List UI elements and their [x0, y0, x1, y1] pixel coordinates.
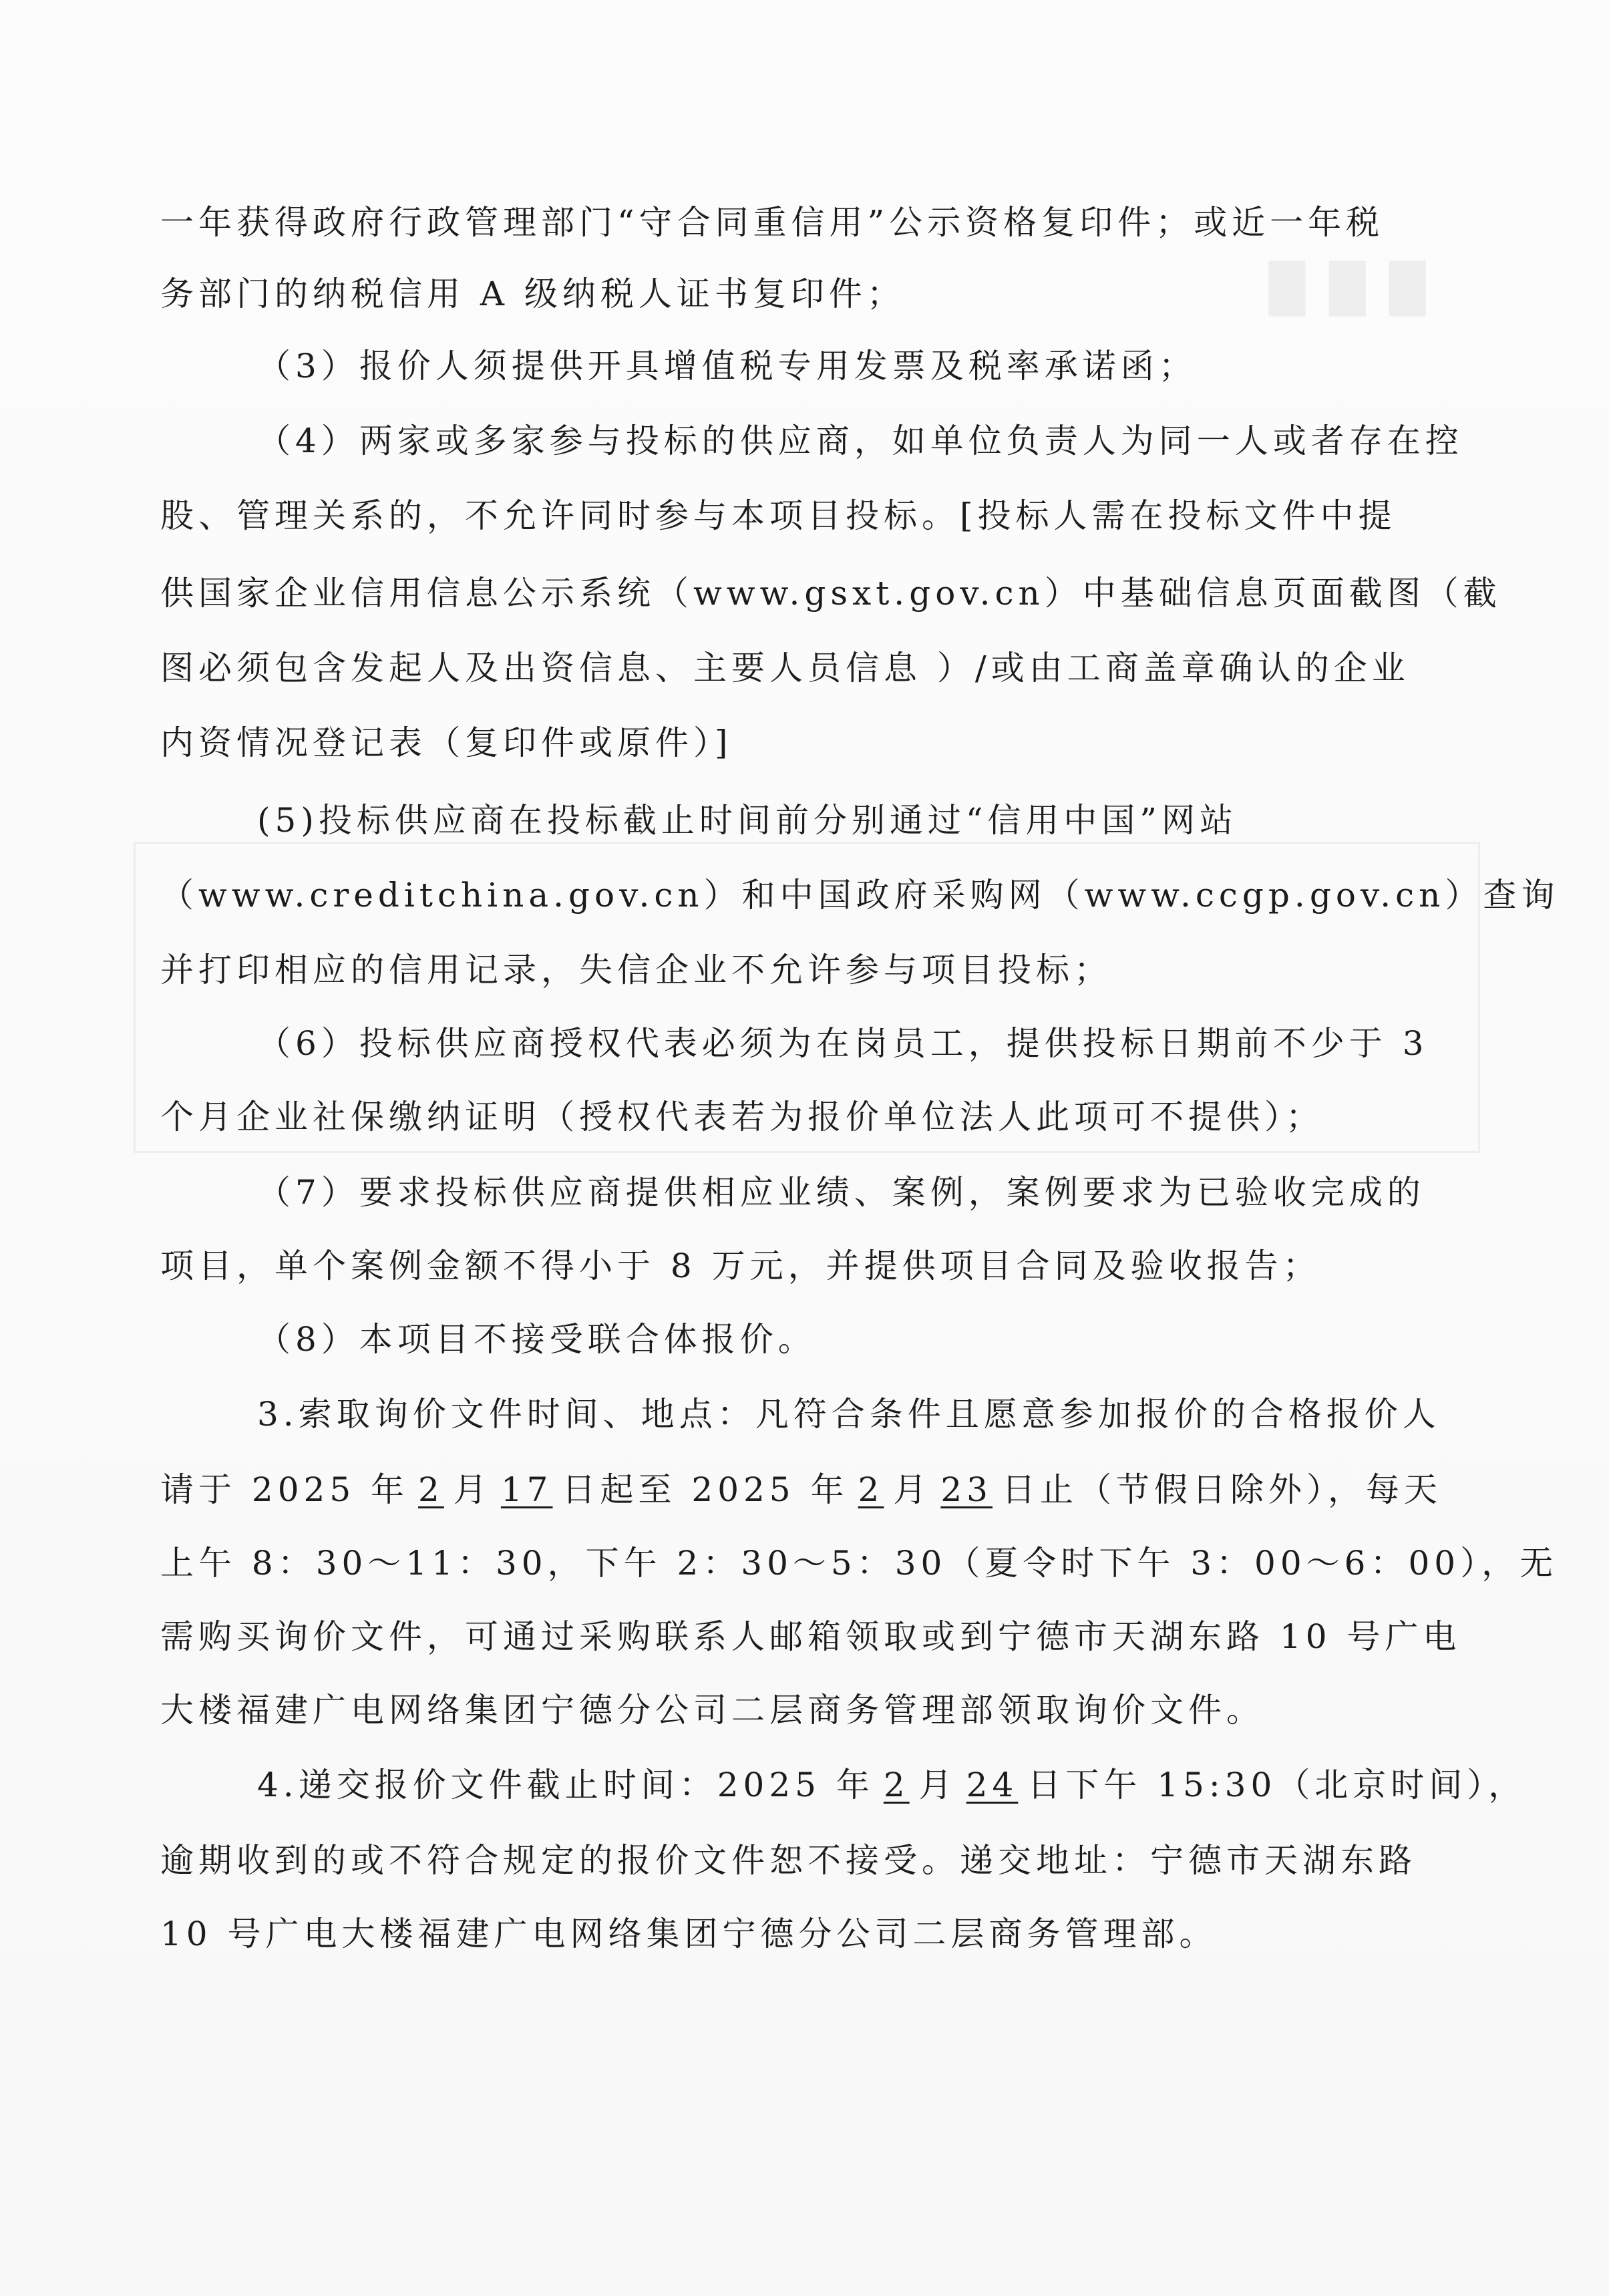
- text-line-9: (5)投标供应商在投标截止时间前分别通过“信用中国”网站: [257, 794, 1456, 847]
- text-line-15: 项目，单个案例金额不得小于 8 万元，并提供项目合同及验收报告；: [160, 1239, 1456, 1293]
- text-line-11: 并打印相应的信用记录，失信企业不允许参与项目投标；: [160, 943, 1456, 997]
- text-line-23: 逾期收到的或不符合规定的报价文件恕不接受。递交地址：宁德市天湖东路: [160, 1834, 1456, 1887]
- text-line-24: 10 号广电大楼福建广电网络集团宁德分公司二层商务管理部。: [160, 1907, 1456, 1961]
- deadline-suffix: 日下午 15:30（北京时间），: [1027, 1766, 1526, 1804]
- end-month-field: 2: [849, 1470, 894, 1509]
- date-prefix: 请于 2025 年: [160, 1470, 409, 1509]
- text-line-21: 大楼福建广电网络集团宁德分公司二层商务管理部领取询价文件。: [160, 1683, 1456, 1737]
- text-line-10: （www.creditchina.gov.cn）和中国政府采购网（www.ccg…: [160, 868, 1456, 922]
- text-line-8: 内资情况登记表（复印件或原件）]: [160, 716, 1456, 770]
- date-suffix: 日止（节假日除外），每天: [1002, 1470, 1442, 1509]
- text-line-17: 3.索取询价文件时间、地点：凡符合条件且愿意参加报价的合格报价人: [257, 1387, 1456, 1441]
- text-line-19: 上午 8：30～11：30，下午 2：30～5：30（夏令时下午 3：00～6：…: [160, 1536, 1456, 1590]
- deadline-month-field: 2: [874, 1766, 919, 1804]
- text-line-2: 务部门的纳税信用 A 级纳税人证书复印件；: [160, 267, 1456, 321]
- document-page: █ █ █ 一年获得政府行政管理部门“守合同重信用”公示资格复印件；或近一年税 …: [0, 0, 1609, 2296]
- month-label: 月: [893, 1470, 931, 1509]
- deadline-day-field: 24: [957, 1766, 1028, 1804]
- text-line-20: 需购买询价文件，可通过采购联系人邮箱领取或到宁德市天湖东路 10 号广电: [160, 1610, 1456, 1663]
- text-line-1: 一年获得政府行政管理部门“守合同重信用”公示资格复印件；或近一年税: [160, 196, 1456, 249]
- text-line-16: （8）本项目不接受联合体报价。: [257, 1313, 1456, 1366]
- month-label: 月: [919, 1766, 957, 1804]
- month-label: 月: [454, 1470, 492, 1509]
- text-line-4: （4）两家或多家参与投标的供应商，如单位负责人为同一人或者存在控: [257, 414, 1456, 468]
- text-line-13: 个月企业社保缴纳证明（授权代表若为报价单位法人此项可不提供）；: [160, 1090, 1456, 1144]
- text-line-22-deadline: 4.递交报价文件截止时间：2025 年2月24日下午 15:30（北京时间），: [257, 1758, 1456, 1812]
- text-line-14: （7）要求投标供应商提供相应业绩、案例，案例要求为已验收完成的: [257, 1166, 1456, 1219]
- text-line-3: （3）报价人须提供开具增值税专用发票及税率承诺函；: [257, 339, 1456, 393]
- date-mid: 日起至 2025 年: [562, 1470, 848, 1509]
- text-line-18-dates: 请于 2025 年2月17日起至 2025 年2月23日止（节假日除外），每天: [160, 1463, 1456, 1516]
- text-line-5: 股、管理关系的，不允许同时参与本项目投标。[投标人需在投标文件中提: [160, 489, 1456, 542]
- deadline-prefix: 4.递交报价文件截止时间：2025 年: [257, 1766, 874, 1804]
- start-month-field: 2: [409, 1470, 454, 1509]
- end-day-field: 23: [931, 1470, 1002, 1509]
- text-line-12: （6）投标供应商授权代表必须为在岗员工，提供投标日期前不少于 3: [257, 1017, 1456, 1070]
- start-day-field: 17: [492, 1470, 562, 1509]
- text-line-6: 供国家企业信用信息公示系统（www.gsxt.gov.cn）中基础信息页面截图（…: [160, 566, 1456, 620]
- text-line-7: 图必须包含发起人及出资信息、主要人员信息 ）/或由工商盖章确认的企业: [160, 641, 1456, 695]
